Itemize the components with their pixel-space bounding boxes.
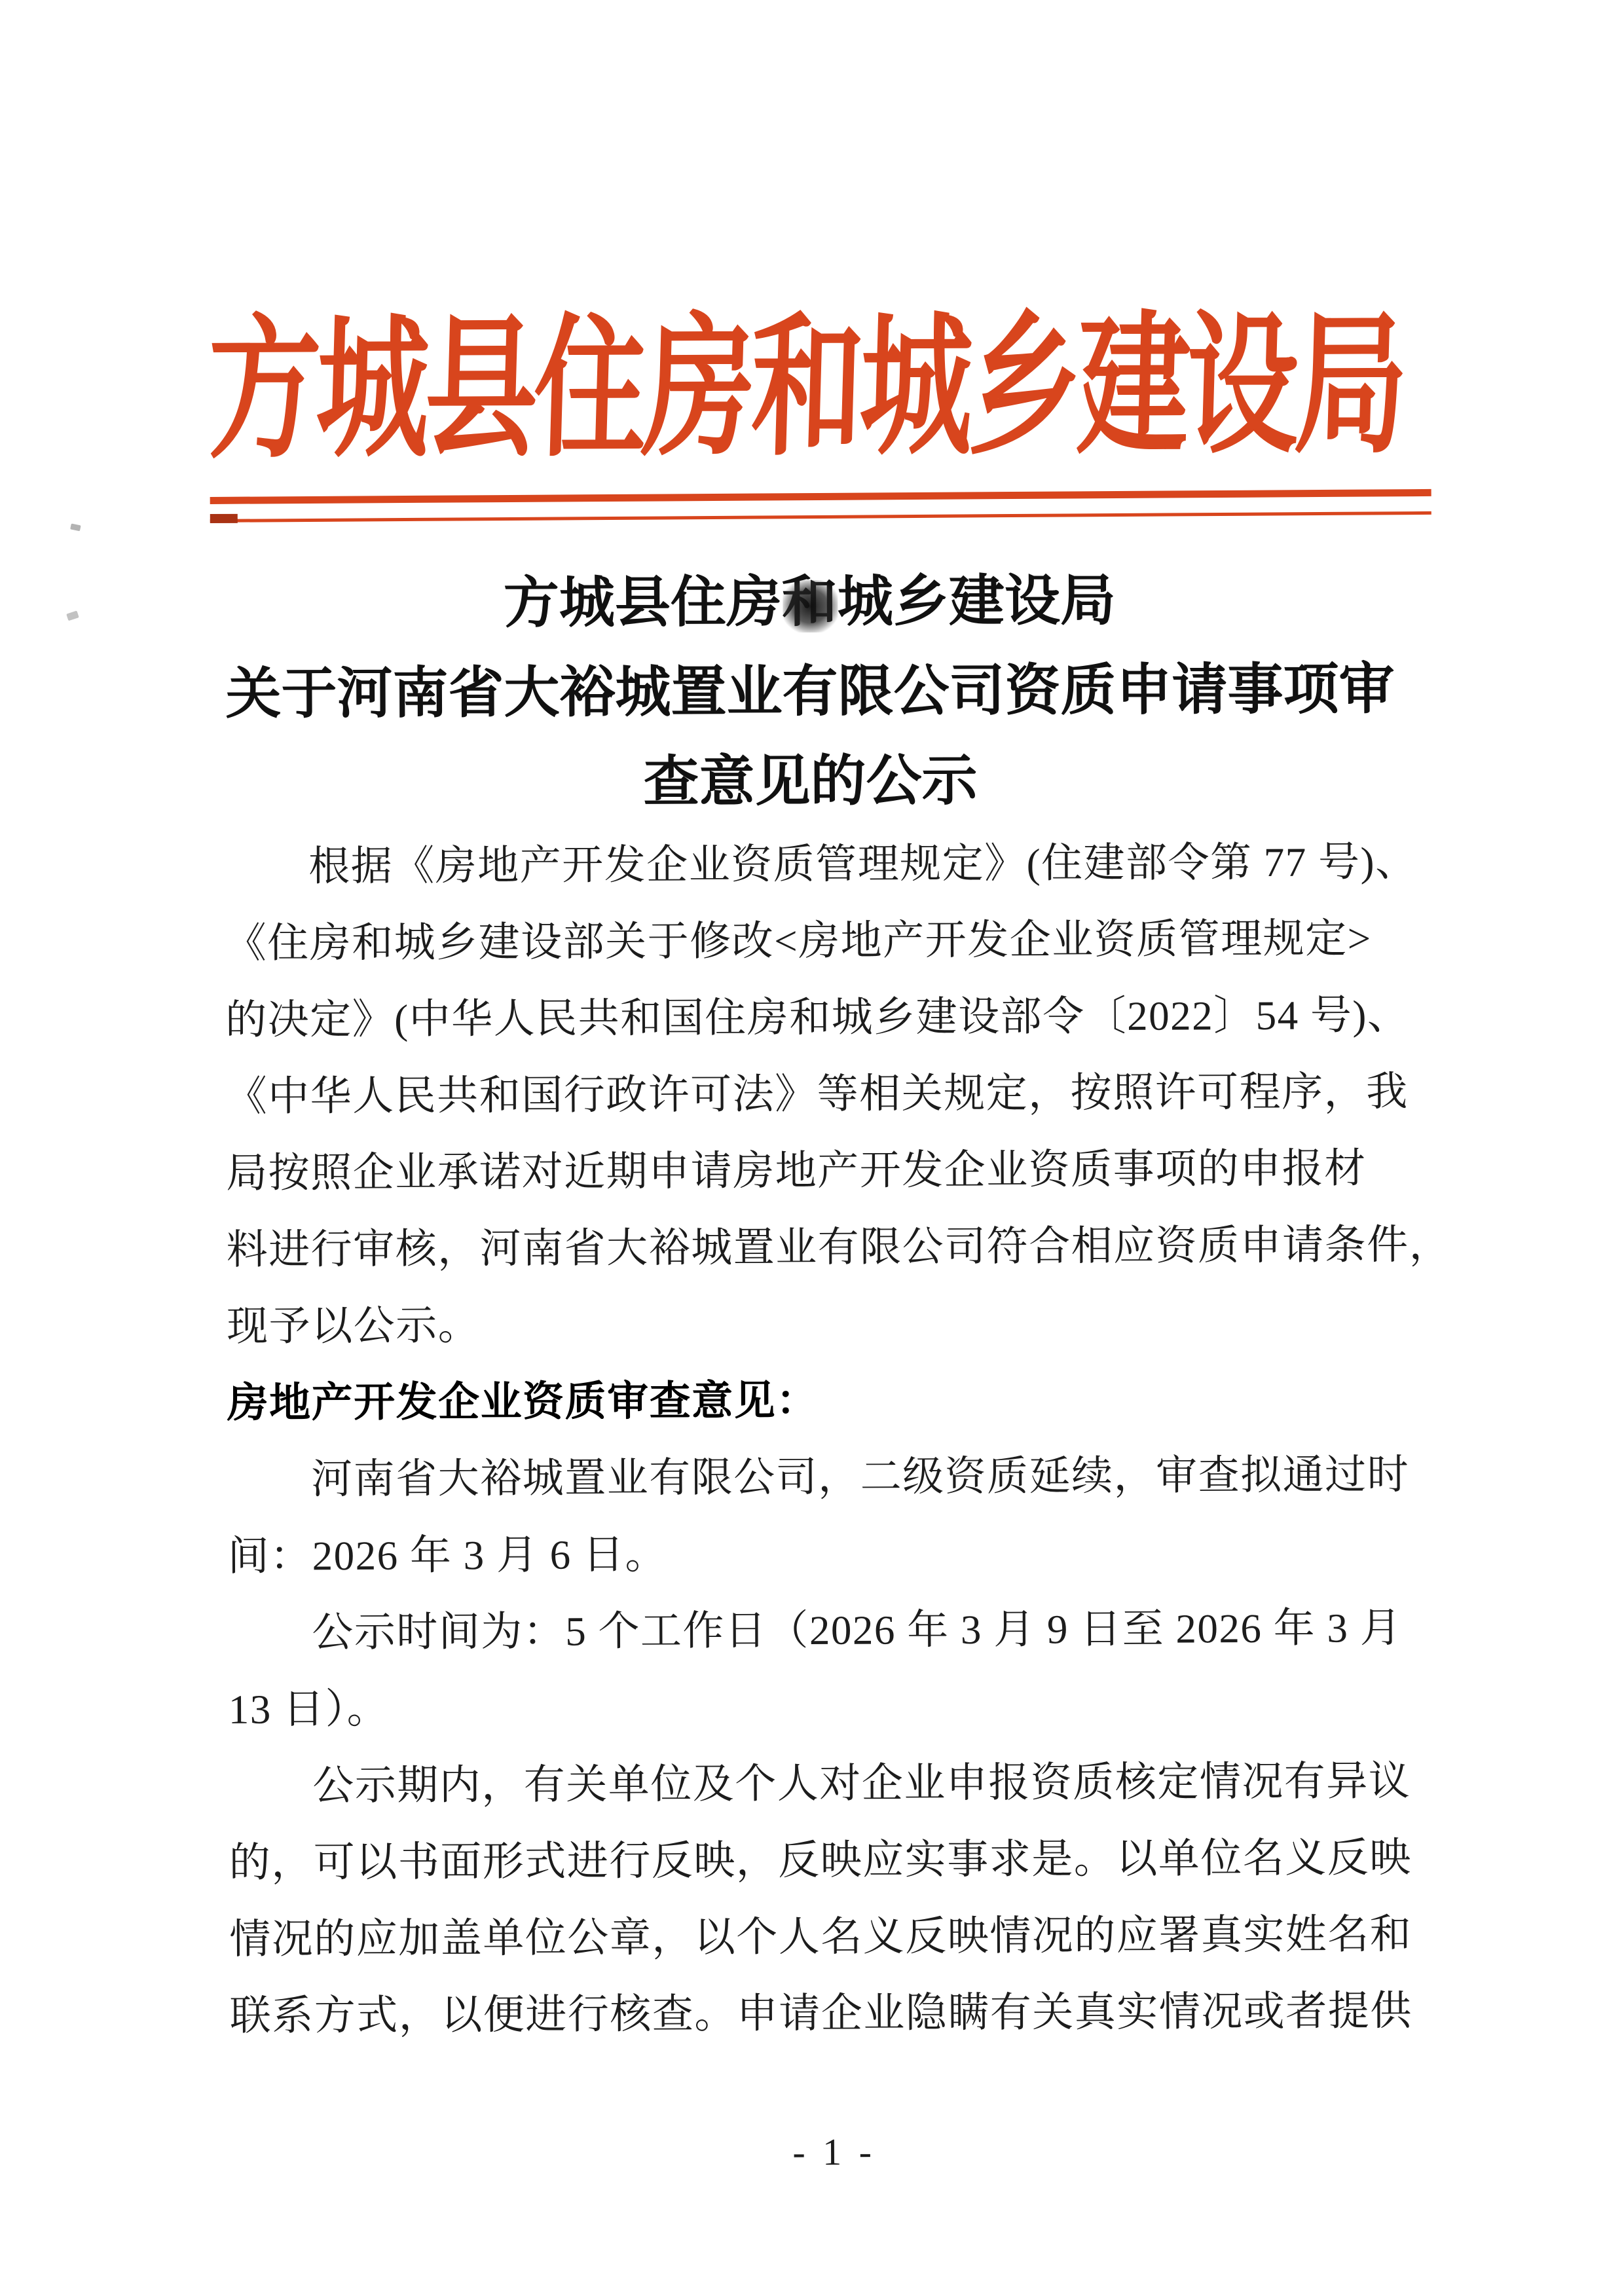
- body-line: 13 日）。: [228, 1666, 1446, 1748]
- scan-speck: [70, 523, 81, 531]
- section-heading: 房地产开发企业资质审查意见：: [227, 1360, 1445, 1442]
- body-line: 联系方式，以便进行核查。申请企业隐瞒有关真实情况或者提供: [230, 1973, 1448, 2055]
- body-line: 公示时间为：5 个工作日（2026 年 3 月 9 日至 2026 年 3 月: [228, 1590, 1446, 1672]
- body-line: 《住房和城乡建设部关于修改<房地产开发企业资质管理规定>: [225, 900, 1443, 982]
- body-line: 料进行审核，河南省大裕城置业有限公司符合相应资质申请条件，: [226, 1207, 1444, 1289]
- body-line: 的决定》(中华人民共和国住房和城乡建设部令〔2022〕54 号)、: [225, 977, 1443, 1059]
- body-line: 公示期内，有关单位及个人对企业申报资质核定情况有异议: [229, 1743, 1447, 1825]
- document-title-line-3: 查意见的公示: [0, 734, 1623, 831]
- body-line: 《中华人民共和国行政许可法》等相关规定，按照许可程序，我: [225, 1054, 1443, 1135]
- body-line: 根据《房地产开发企业资质管理规定》(住建部令第 77 号)、: [225, 824, 1443, 906]
- document-page: 方城县住房和城乡建设局 方城县住房和城乡建设局 关于河南省大裕城置业有限公司资质…: [0, 0, 1624, 2295]
- body-line: 的，可以书面形式进行反映，反映应实事求是。以单位名义反映: [229, 1820, 1447, 1901]
- body-line: 局按照企业承诺对近期申请房地产开发企业资质事项的申报材: [226, 1130, 1444, 1212]
- document-title-line-2: 关于河南省大裕城置业有限公司资质申请事项审: [0, 644, 1622, 741]
- scan-smudge: [783, 580, 838, 633]
- body-line: 河南省大裕城置业有限公司，二级资质延续，审查拟通过时: [227, 1437, 1445, 1518]
- letterhead-rule-ink-blob: [210, 514, 238, 523]
- body-line: 现予以公示。: [227, 1283, 1445, 1365]
- document-body: 根据《房地产开发企业资质管理规定》(住建部令第 77 号)、 《住房和城乡建设部…: [225, 824, 1448, 2055]
- body-line: 间：2026 年 3 月 6 日。: [227, 1513, 1445, 1595]
- body-line: 情况的应加盖单位公章，以个人名义反映情况的应署真实姓名和: [229, 1896, 1447, 1978]
- page-number: - 1 -: [769, 2129, 900, 2175]
